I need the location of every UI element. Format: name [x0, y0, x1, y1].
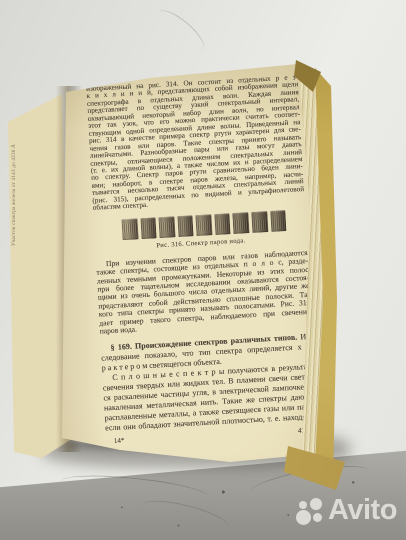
signature-mark: 14*	[114, 437, 125, 446]
spectrum-band	[121, 218, 138, 240]
page-text-block: изображенный на рис. 314. Он состоит из …	[86, 74, 318, 446]
rotated-figure-caption: Участок спектра железа от 4143 до 4236 Å	[11, 119, 17, 271]
surface-scratch	[150, 3, 211, 59]
paragraph-2: При изучении спектров паров или газов на…	[96, 249, 312, 336]
paragraph-4: С п л о ш н ы е с п е к т р ы получаются…	[102, 362, 317, 434]
spectrum-band	[251, 211, 268, 233]
avito-logo-icon	[296, 510, 311, 525]
spectrum-band	[214, 213, 231, 235]
spectrum-band	[270, 210, 287, 232]
paragraph-1: изображенный на рис. 314. Он состоит из …	[86, 74, 305, 212]
spectrum-band	[196, 214, 213, 236]
avito-logo-icon	[310, 498, 322, 510]
spectrum-band	[140, 217, 157, 239]
avito-brand-text: Avito	[328, 494, 397, 527]
avito-watermark: Avito	[284, 494, 404, 534]
avito-logo-icon	[299, 501, 307, 509]
book-photo: Участок спектра железа от 4143 до 4236 Å…	[0, 0, 406, 540]
spectrum-band	[233, 212, 250, 234]
avito-logo-icon	[313, 513, 322, 522]
spectrum-band	[177, 215, 194, 237]
spectrum-band	[159, 216, 176, 238]
